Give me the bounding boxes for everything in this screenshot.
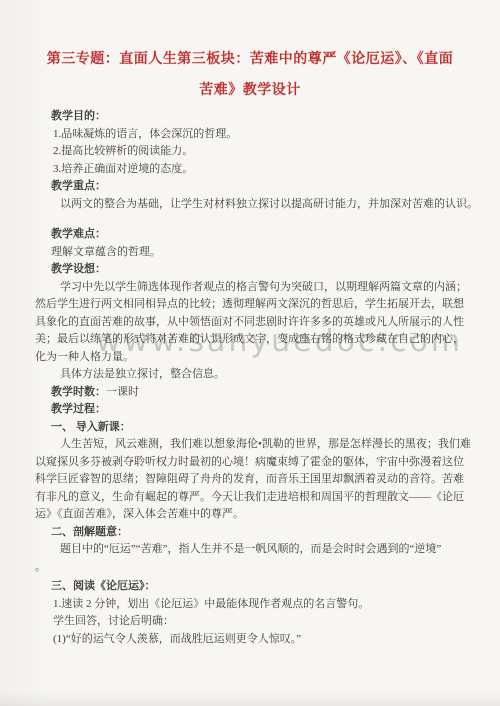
lead-in-line-3: 科学巨匠睿智的思绪；智障阻碍了舟舟的发育，而音乐王国里却飘洒着灵动的音符。苦难 bbox=[35, 471, 470, 489]
teaching-idea-line-4: 美；最后以练笔的形式将对苦难的认识形成文字，变成座右铭的格式珍藏在自己的内心， bbox=[35, 331, 470, 349]
teaching-focus-text: 以两文的整合为基础，让学生对材料独立探讨以提高研讨能力，并加深对苦难的认识。 bbox=[35, 196, 470, 214]
page-title-line-1: 第三专题：直面人生第三板块：苦难中的尊严《论厄运》、《直面 bbox=[0, 44, 500, 75]
reading-task-line: 1.速读 2 分钟，划出《论厄运》中最能体现作者观点的名言警句。 bbox=[35, 596, 470, 614]
lead-in-line-4: 有非凡的意义，生命有崛起的尊严。今天让我们走进培根和周国平的哲理散文——《论厄 bbox=[35, 489, 470, 507]
title-analysis-line-1: 题目中的“厄运”“苦难”，指人生并不是一帆风顺的，而是会时时会遇到的“逆境” bbox=[35, 541, 470, 559]
aim-item-1: 1.品味凝炼的语言，体会深沉的哲理。 bbox=[35, 126, 470, 144]
lead-in-line-2: 以窥探贝多芬被剥夺聆听权力时最初的心境！病魔束缚了霍金的躯体，宇宙中弥漫着这位 bbox=[35, 454, 470, 472]
teaching-hours-line-value: 一课时 bbox=[106, 386, 139, 398]
reading-answer-line: 学生回答，讨论后明确： bbox=[35, 613, 470, 631]
teaching-method-text: 具体方法是独立探讨，整合信息。 bbox=[35, 366, 470, 384]
teaching-idea-line-5: 化为一种人格力量。 bbox=[35, 349, 470, 367]
document-page: www.sanyuedoc.com 第三专题：直面人生第三板块：苦难中的尊严《论… bbox=[0, 0, 500, 706]
title-analysis-line-2: 。 bbox=[35, 559, 470, 577]
teaching-hours-line-label: 教学时数： bbox=[51, 386, 106, 398]
teaching-idea-line-2: 然后学生进行两文相同相异点的比较；透彻理解两文深沉的哲思后，学生拓展开去，联想 bbox=[35, 296, 470, 314]
step-heading-2-title-analysis: 二、剖解题意： bbox=[35, 524, 470, 542]
blank-line bbox=[35, 213, 470, 226]
teaching-idea-line-1: 学习中先以学生筛选体现作者观点的格言警句为突破口，以期理解两篇文章的内涵； bbox=[35, 279, 470, 297]
document-body: 教学目的：1.品味凝炼的语言，体会深沉的哲理。2.提高比较辨析的阅读能力。3.培… bbox=[35, 108, 470, 706]
lead-in-line-1: 人生苦短，风云难测，我们难以想象海伦•凯勒的世界，那是怎样漫长的黑夜；我们难 bbox=[35, 436, 470, 454]
reading-quote-line: (1)“好的运气令人羡慕，而战胜厄运则更令人惊叹。” bbox=[35, 631, 470, 649]
step-heading-3-reading: 三、阅读《论厄运》： bbox=[35, 578, 470, 596]
page-title: 第三专题：直面人生第三板块：苦难中的尊严《论厄运》、《直面 苦难》教学设计 bbox=[0, 44, 500, 106]
section-heading-teaching-aims: 教学目的： bbox=[35, 108, 470, 126]
section-heading-teaching-process: 教学过程： bbox=[35, 401, 470, 419]
lead-in-line-5: 运》《直面苦难》，深入体会苦难中的尊严。 bbox=[35, 506, 470, 524]
section-heading-teaching-idea: 教学设想： bbox=[35, 261, 470, 279]
section-heading-teaching-difficulty: 教学难点： bbox=[35, 226, 470, 244]
teaching-idea-line-3: 具象化的直面苦难的故事，从中领悟面对不同悲剧时许许多多的英雄或凡人所展示的人性 bbox=[35, 314, 470, 332]
step-heading-1-lead-in: 一、 导入新课： bbox=[35, 419, 470, 437]
aim-item-2: 2.提高比较辨析的阅读能力。 bbox=[35, 143, 470, 161]
teaching-hours-line: 教学时数：一课时 bbox=[35, 384, 470, 402]
aim-item-3: 3.培养正确面对逆境的态度。 bbox=[35, 161, 470, 179]
teaching-difficulty-text: 理解文章蕴含的哲理。 bbox=[35, 244, 470, 262]
section-heading-teaching-focus: 教学重点： bbox=[35, 178, 470, 196]
page-title-line-2: 苦难》教学设计 bbox=[0, 75, 500, 106]
